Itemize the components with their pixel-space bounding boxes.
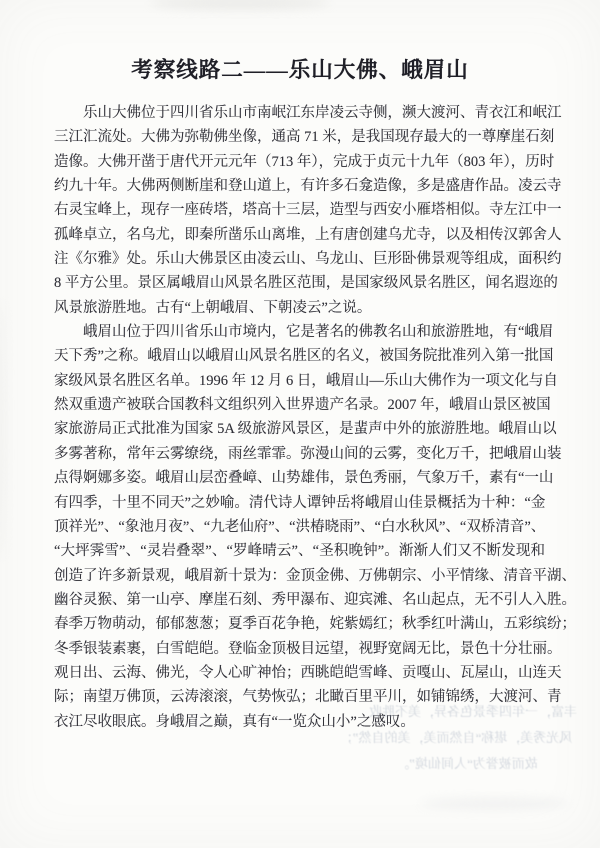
text-line: 天下秀”之称。峨眉山以峨眉山风景名胜区的名义，被国务院批准列入第一批国 (54, 344, 545, 368)
text-line: 顶祥光”、“象池月夜”、“九老仙府”、“洪椿晓雨”、“白水秋风”、“双桥清音”、 (54, 515, 545, 539)
text-line: 孤峰卓立，名乌尤，即秦所凿乐山离堆，上有唐创建乌尤寺，以及相传汉郭舍人 (54, 223, 545, 247)
text-line: 乐山大佛位于四川省乐山市南岷江东岸凌云寺侧，濒大渡河、青衣江和岷江 (54, 101, 545, 125)
text-line: 家旅游局正式批准为国家 5A 级旅游风景区，是蜚声中外的旅游胜地。峨眉山以 (54, 417, 545, 441)
text-line: 多雾著称，常年云雾缭绕，雨丝霏霏。弥漫山间的云雾，变化万千，把峨眉山装 (54, 442, 545, 466)
text-line: 8 平方公里。景区属峨眉山风景名胜区范围，是国家级风景名胜区，闻名遐迩的 (54, 271, 545, 295)
text-line: 创造了许多新景观，峨眉新十景为：金顶金佛、万佛朝宗、小平情缘、清音平湖、 (54, 564, 545, 588)
text-line: 峨眉山位于四川省乐山市境内，它是著名的佛教名山和旅游胜地，有“峨眉 (54, 320, 545, 344)
text-line: 春季万物萌动，郁郁葱葱；夏季百花争艳，姹紫嫣红；秋季红叶满山，五彩缤纷； (54, 612, 545, 636)
text-line: 然双重遗产被联合国教科文组织列入世界遗产名录。2007 年，峨眉山景区被国 (54, 393, 545, 417)
text-line: 有四季，十里不同天”之妙喻。清代诗人谭钟岳将峨眉山佳景概括为十种：“金 (54, 491, 545, 515)
text-line: 三江汇流处。大佛为弥勒佛坐像，通高 71 米，是我国现存最大的一尊摩崖石刻 (54, 125, 545, 149)
scan-artifact-smudge (0, 300, 6, 560)
text-line: 风景旅游胜地。古有“上朝峨眉、下朝凌云”之说。 (54, 296, 545, 320)
text-line: 点得婀娜多姿。峨眉山层峦叠嶂、山势雄伟，景色秀丽，气象万千，素有“一山 (54, 466, 545, 490)
page-title: 考察线路二——乐山大佛、峨眉山 (0, 53, 600, 84)
text-line: 冬季银装素裹，白雪皑皑。登临金顶极目远望，视野宽阔无比，景色十分壮丽。 (54, 637, 545, 661)
text-line: 幽谷灵猴、第一山亭、摩崖石刻、秀甲瀑布、迎宾滩、名山起点，无不引人入胜。 (54, 588, 545, 612)
text-line: 家级风景名胜区名单。1996 年 12 月 6 日，峨眉山—乐山大佛作为一项文化… (54, 369, 545, 393)
text-line: 衣江尽收眼底。身峨眉之巅，真有“一览众山小”之感叹。 (54, 710, 545, 734)
bleed-through-line: 故而被誉为“人间仙境”。 (388, 753, 546, 772)
text-line: 约九十年。大佛两侧断崖和登山道上，有许多石龛造像，多是盛唐作品。凌云寺 (54, 174, 545, 198)
scan-artifact-smudge (150, 0, 330, 10)
text-line: 观日出、云海、佛光，令人心旷神怡；西眺皑皑雪峰、贡嘎山、瓦屋山，山连天 (54, 661, 545, 685)
scan-artifact-smudge (420, 798, 570, 809)
text-line: 注《尔雅》处。乐山大佛景区由凌云山、乌龙山、巨形卧佛景观等组成，面积约 (54, 247, 545, 271)
text-line: 际；南望万佛顶，云涛滚滚，气势恢弘；北瞰百里平川，如铺锦绣，大渡河、青 (54, 685, 545, 709)
text-line: “大坪霁雪”、“灵岩叠翠”、“罗峰晴云”、“圣积晚钟”。渐渐人们又不断发现和 (54, 539, 545, 563)
text-line: 造像。大佛开凿于唐代开元元年（713 年），完成于贞元十九年（803 年），历时 (54, 150, 545, 174)
document-body: 乐山大佛位于四川省乐山市南岷江东岸凌云寺侧，濒大渡河、青衣江和岷江三江汇流处。大… (54, 101, 545, 734)
scanned-document-page: 考察线路二——乐山大佛、峨眉山 乐山大佛位于四川省乐山市南岷江东岸凌云寺侧，濒大… (0, 0, 600, 848)
text-line: 右灵宝峰上，现存一座砖塔，塔高十三层，造型与西安小雁塔相似。寺左江中一 (54, 198, 545, 222)
